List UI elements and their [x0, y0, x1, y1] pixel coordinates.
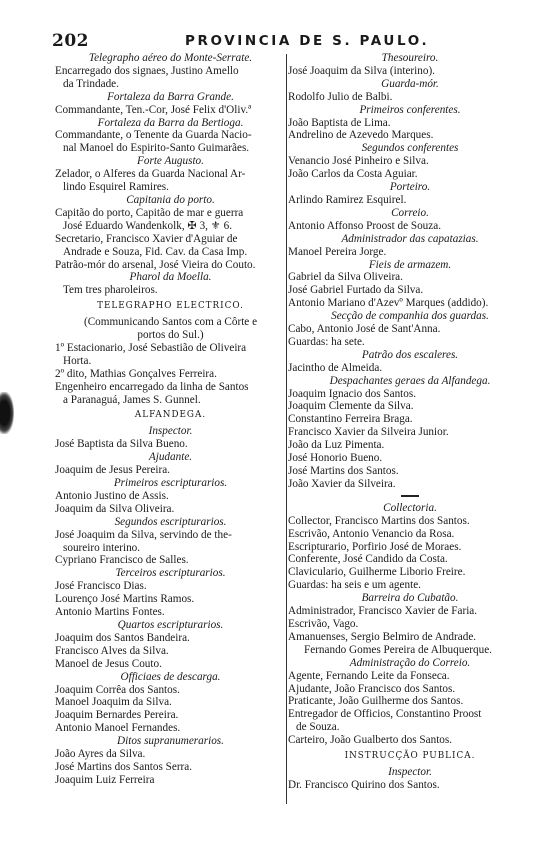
section-title: INSTRUCÇÃO PUBLICA.: [288, 750, 532, 763]
entry-line: Arlindo Ramirez Esquirel.: [288, 194, 532, 207]
entry-line: Antonio Affonso Proost de Souza.: [288, 220, 532, 233]
entry-line: Escrivão, Vago.: [288, 618, 532, 631]
entry-line: José Gabriel Furtado da Silva.: [288, 284, 532, 297]
entry-line: Agente, Fernando Leite da Fonseca.: [288, 670, 532, 683]
entry-continuation: Tem tres pharoleiros.: [55, 284, 286, 297]
entry-line: Administrador, Francisco Xavier de Faria…: [288, 605, 532, 618]
entry-line: Lourenço José Martins Ramos.: [55, 593, 286, 606]
entry-line: Carteiro, João Gualberto dos Santos.: [288, 734, 532, 747]
section-subheading: Thesoureiro.: [288, 52, 532, 65]
section-subheading: Officiaes de descarga.: [55, 671, 286, 684]
entry-continuation: nal Manoel do Espirito-Santo Guimarães.: [55, 142, 286, 155]
entry-line: Andrelino de Azevedo Marques.: [288, 129, 532, 142]
entry-line: 1º Estacionario, José Sebastião de Olive…: [55, 342, 286, 355]
entry-line: Conferente, José Candido da Costa.: [288, 553, 532, 566]
section-subheading: Primeiros conferentes.: [288, 104, 532, 117]
entry-continuation: de Souza.: [288, 721, 532, 734]
entry-continuation: da Trindade.: [55, 78, 286, 91]
entry-line: Capitão do porto, Capitão de mar e guerr…: [55, 207, 286, 220]
note-line: (Communicando Santos com a Côrte e: [55, 316, 286, 329]
entry-line: João da Luz Pimenta.: [288, 439, 532, 452]
section-subheading: Segundos escripturarios.: [55, 516, 286, 529]
entry-line: Escripturario, Porfirio José de Moraes.: [288, 541, 532, 554]
entry-line: Engenheiro encarregado da linha de Santo…: [55, 381, 286, 394]
entry-continuation: lindo Esquirel Ramires.: [55, 181, 286, 194]
section-subheading: Fortaleza da Barra da Bertioga.: [55, 117, 286, 130]
entry-continuation: soureiro interino.: [55, 542, 286, 555]
entry-line: Joaquim de Jesus Pereira.: [55, 464, 286, 477]
section-subheading: Despachantes geraes da Alfandega.: [288, 375, 532, 388]
section-subheading: Collectoria.: [288, 502, 532, 515]
entry-line: José Joaquim da Silva, servindo de the-: [55, 529, 286, 542]
entry-line: 2º dito, Mathias Gonçalves Ferreira.: [55, 368, 286, 381]
section-subheading: Segundos conferentes: [288, 142, 532, 155]
section-subheading: Patrão dos escaleres.: [288, 349, 532, 362]
entry-line: Manoel Joaquim da Silva.: [55, 696, 286, 709]
section-subheading: Secção de companhia dos guardas.: [288, 310, 532, 323]
entry-line: Joaquim Ignacio dos Santos.: [288, 388, 532, 401]
entry-continuation: Horta.: [55, 355, 286, 368]
section-subheading: Inspector.: [288, 766, 532, 779]
entry-line: Joaquim da Silva Oliveira.: [55, 503, 286, 516]
entry-line: Gabriel da Silva Oliveira.: [288, 271, 532, 284]
entry-line: Jacintho de Almeida.: [288, 362, 532, 375]
ink-blot: [0, 392, 14, 434]
entry-line: Ajudante, João Francisco dos Santos.: [288, 683, 532, 696]
entry-line: Antonio Manoel Fernandes.: [55, 722, 286, 735]
section-subheading: Capitania do porto.: [55, 194, 286, 207]
entry-line: Antonio Martins Fontes.: [55, 606, 286, 619]
entry-line: Joaquim Bernardes Pereira.: [55, 709, 286, 722]
section-subheading: Correio.: [288, 207, 532, 220]
section-subheading: Porteiro.: [288, 181, 532, 194]
entry-line: Joaquim dos Santos Bandeira.: [55, 632, 286, 645]
section-subheading: Administração do Correio.: [288, 657, 532, 670]
entry-line: Manoel Pereira Jorge.: [288, 246, 532, 259]
section-subheading: Quartos escripturarios.: [55, 619, 286, 632]
entry-line: Joaquim Luiz Ferreira: [55, 774, 286, 787]
entry-line: Secretario, Francisco Xavier d'Aguiar de: [55, 233, 286, 246]
entry-line: Commandante, Ten.-Cor, José Felix d'Oliv…: [55, 104, 286, 117]
entry-line: José Honorio Bueno.: [288, 452, 532, 465]
entry-line: Guardas: ha seis e um agente.: [288, 579, 532, 592]
entry-line: José Martins dos Santos Serra.: [55, 761, 286, 774]
entry-line: Francisco Alves da Silva.: [55, 645, 286, 658]
entry-continuation: Andrade e Souza, Fid. Cav. da Casa Imp.: [55, 246, 286, 259]
column-rule: [286, 54, 287, 804]
entry-line: Constantino Ferreira Braga.: [288, 413, 532, 426]
page-number: 202: [52, 31, 89, 51]
entry-line: Amanuenses, Sergio Belmiro de Andrade.: [288, 631, 532, 644]
entry-line: João Carlos da Costa Aguiar.: [288, 168, 532, 181]
note-line: portos do Sul.): [55, 329, 286, 342]
section-subheading: Barreira do Cubatão.: [288, 592, 532, 605]
section-subheading: Terceiros escripturarios.: [55, 567, 286, 580]
entry-line: Claviculario, Guilherme Liborio Freire.: [288, 566, 532, 579]
section-subheading: Pharol da Moella.: [55, 271, 286, 284]
section-subheading: Primeiros escripturarios.: [55, 477, 286, 490]
separator-dash: [401, 495, 419, 497]
section-subheading: Telegrapho aéreo do Monte-Serrate.: [55, 52, 286, 65]
entry-line: José Francisco Dias.: [55, 580, 286, 593]
section-subheading: Guarda-mór.: [288, 78, 532, 91]
section-title: TELEGRAPHO ELECTRICO.: [55, 300, 286, 313]
running-title: PROVINCIA DE S. PAULO.: [185, 33, 429, 49]
entry-line: Francisco Xavier da Silveira Junior.: [288, 426, 532, 439]
entry-line: Cypriano Francisco de Salles.: [55, 554, 286, 567]
entry-continuation: José Eduardo Wandenkolk, ✠ 3, ⚜ 6.: [55, 220, 286, 233]
entry-line: José Joaquim da Silva (interino).: [288, 65, 532, 78]
section-subheading: Administrador das capatazias.: [288, 233, 532, 246]
entry-line: Patrão-mór do arsenal, José Vieira do Co…: [55, 259, 286, 272]
section-subheading: Ditos supranumerarios.: [55, 735, 286, 748]
left-column: Telegrapho aéreo do Monte-Serrate.Encarr…: [55, 52, 286, 787]
entry-line: Zelador, o Alferes da Guarda Nacional Ar…: [55, 168, 286, 181]
entry-line: Collector, Francisco Martins dos Santos.: [288, 515, 532, 528]
entry-line: Commandante, o Tenente da Guarda Nacio-: [55, 129, 286, 142]
right-column: Thesoureiro.José Joaquim da Silva (inter…: [288, 52, 532, 792]
entry-line: Rodolfo Julio de Balbi.: [288, 91, 532, 104]
section-subheading: Fieis de armazem.: [288, 259, 532, 272]
entry-line: Entregador de Officios, Constantino Proo…: [288, 708, 532, 721]
entry-line: Escrivão, Antonio Venancio da Rosa.: [288, 528, 532, 541]
entry-line: Cabo, Antonio José de Sant'Anna.: [288, 323, 532, 336]
section-subheading: Fortaleza da Barra Grande.: [55, 91, 286, 104]
section-subheading: Inspector.: [55, 425, 286, 438]
entry-line: Guardas: ha sete.: [288, 336, 532, 349]
entry-line: Venancio José Pinheiro e Silva.: [288, 155, 532, 168]
section-title: ALFANDEGA.: [55, 409, 286, 422]
entry-line: João Ayres da Silva.: [55, 748, 286, 761]
entry-line: Joaquim Corrêa dos Santos.: [55, 684, 286, 697]
entry-line: Manoel de Jesus Couto.: [55, 658, 286, 671]
entry-line: José Baptista da Silva Bueno.: [55, 438, 286, 451]
entry-line: José Martins dos Santos.: [288, 465, 532, 478]
section-subheading: Forte Augusto.: [55, 155, 286, 168]
entry-continuation: Fernando Gomes Pereira de Albuquerque.: [288, 644, 532, 657]
section-subheading: Ajudante.: [55, 451, 286, 464]
entry-line: Encarregado dos signaes, Justino Amello: [55, 65, 286, 78]
entry-line: Antonio Mariano d'Azevº Marques (addido)…: [288, 297, 532, 310]
entry-line: Dr. Francisco Quirino dos Santos.: [288, 779, 532, 792]
entry-line: Joaquim Clemente da Silva.: [288, 400, 532, 413]
entry-line: Antonio Justino de Assis.: [55, 490, 286, 503]
entry-line: João Baptista de Lima.: [288, 117, 532, 130]
entry-continuation: a Paranaguá, James S. Gunnel.: [55, 394, 286, 407]
entry-line: João Xavier da Silveira.: [288, 478, 532, 491]
entry-line: Praticante, João Guilherme dos Santos.: [288, 695, 532, 708]
